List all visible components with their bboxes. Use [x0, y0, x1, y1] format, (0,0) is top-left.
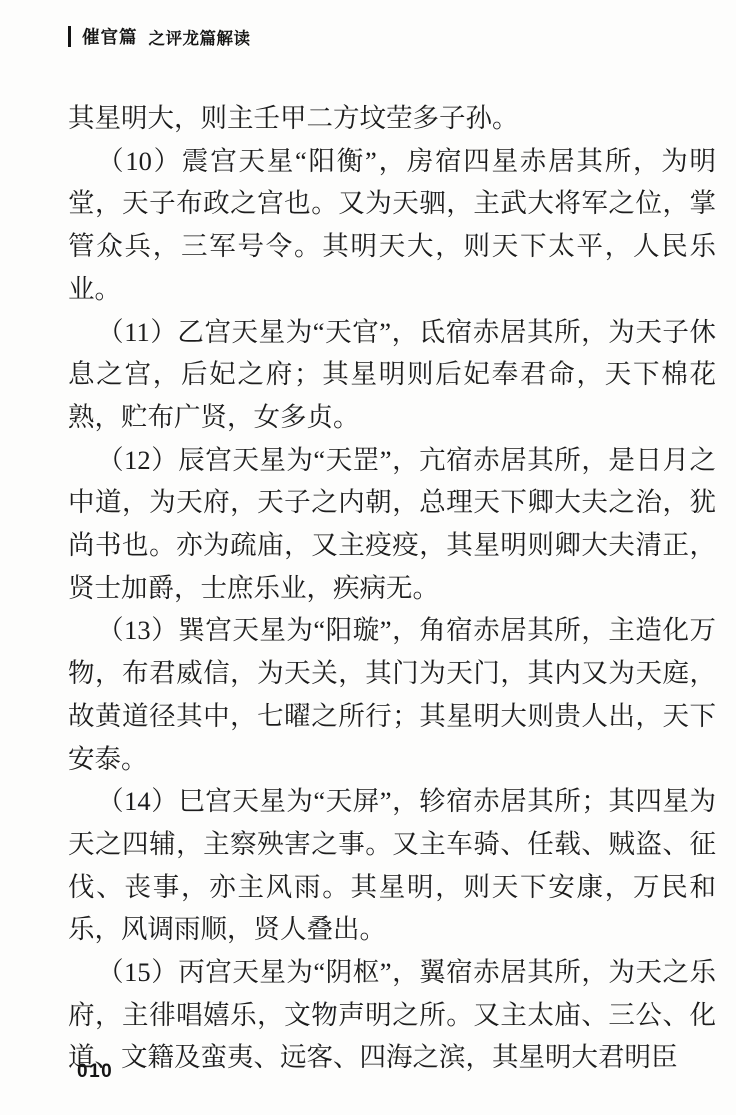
page-number: 010 [77, 1061, 113, 1083]
paragraph-item-14: （14）巳宫天星为“天屏”，轸宿赤居其所；其四星为天之四辅，主察殃害之事。又主车… [68, 780, 716, 951]
paragraph-continuation: 其星明大，则主壬甲二方坟茔多子孙。 [68, 97, 716, 140]
running-header: 催官篇 之评龙篇解读 [68, 24, 251, 49]
chapter-subtitle: 之评龙篇解读 [149, 25, 251, 49]
paragraph-item-15: （15）丙宫天星为“阴枢”，翼宿赤居其所，为天之乐府，主徘唱嬉乐，文物声明之所。… [68, 951, 716, 1079]
book-page: 催官篇 之评龙篇解读 其星明大，则主壬甲二方坟茔多子孙。 （10）震宫天星“阳衡… [0, 0, 736, 1115]
book-title: 催官篇 [82, 24, 138, 49]
paragraph-item-10: （10）震宫天星“阳衡”，房宿四星赤居其所，为明堂，天子布政之宫也。又为天驷，主… [68, 140, 716, 311]
header-rule-icon [68, 26, 71, 47]
paragraph-item-13: （13）巽宫天星为“阳璇”，角宿赤居其所，主造化万物，布君威信，为天关，其门为天… [68, 609, 716, 780]
body-text: 其星明大，则主壬甲二方坟茔多子孙。 （10）震宫天星“阳衡”，房宿四星赤居其所，… [68, 97, 716, 1079]
paragraph-item-11: （11）乙宫天星为“天官”，氐宿赤居其所，为天子休息之宫，后妃之府；其星明则后妃… [68, 311, 716, 439]
paragraph-item-12: （12）辰宫天星为“天罡”，亢宿赤居其所，是日月之中道，为天府，天子之内朝，总理… [68, 439, 716, 610]
